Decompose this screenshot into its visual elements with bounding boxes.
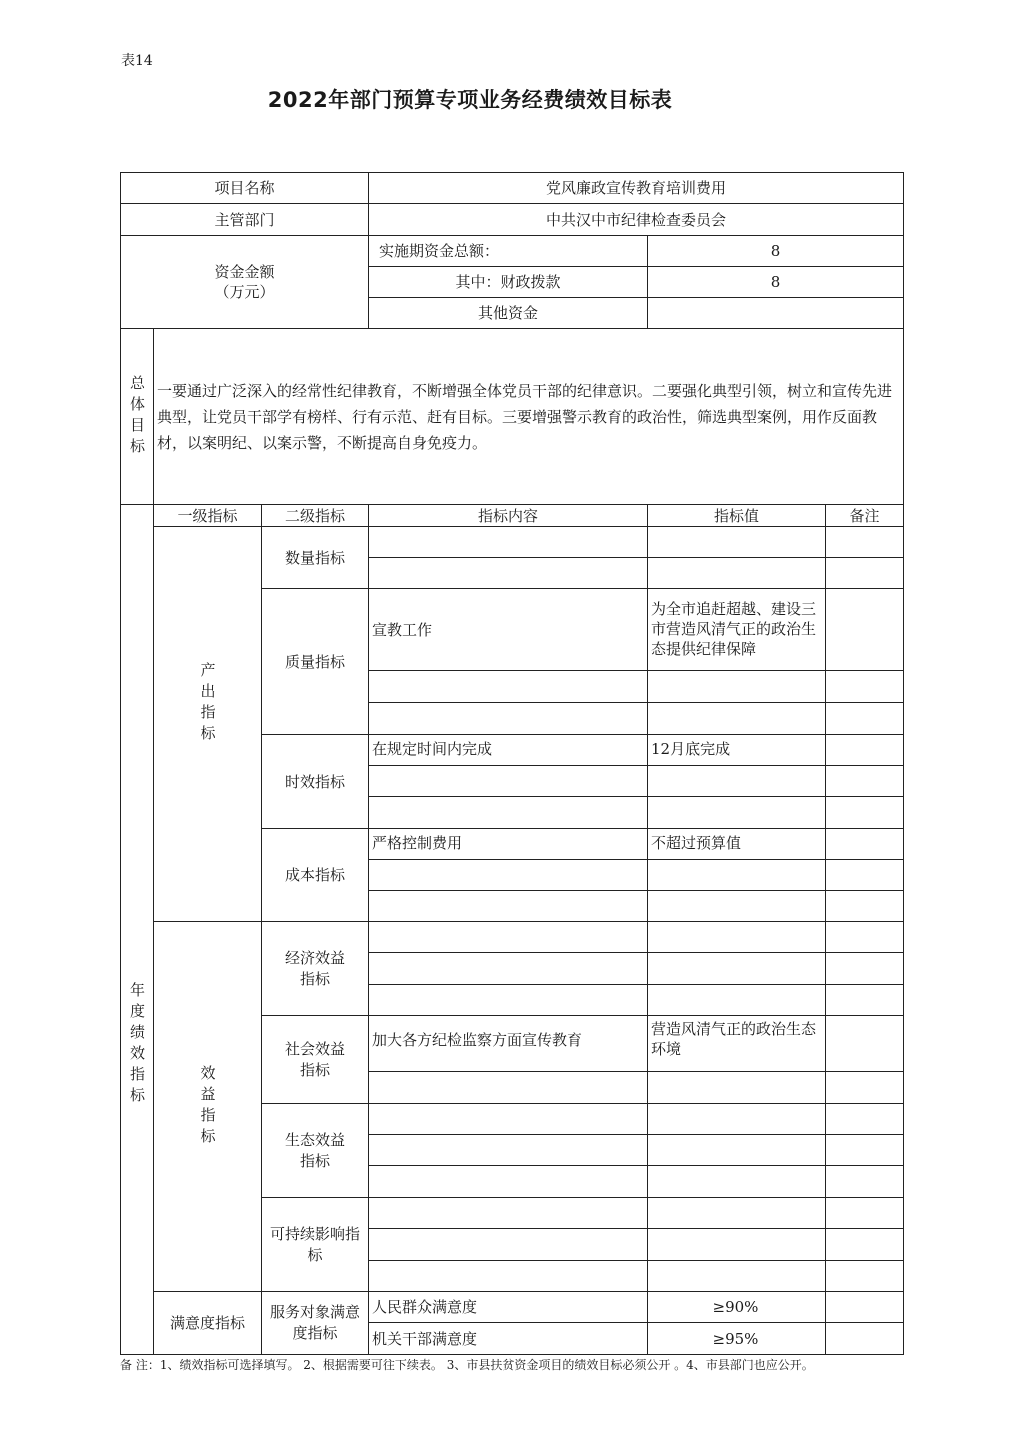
level2-sustainable: 可持续影响指标: [261, 1197, 369, 1292]
indicator-note: [825, 1134, 904, 1166]
indicator-content: [368, 526, 648, 558]
col-header-note: 备注: [825, 504, 904, 527]
total-funds-label: 实施期资金总额：: [368, 235, 648, 267]
indicator-content: 机关干部满意度: [368, 1322, 648, 1355]
indicator-note: [825, 1322, 904, 1355]
level2-quantity: 数量指标: [261, 526, 369, 589]
indicator-note: [825, 526, 904, 558]
indicator-value: 为全市追赶超越、建设三市营造风清气正的政治生态提供纪律保障: [647, 588, 826, 671]
indicator-value: 营造风清气正的政治生态环境: [647, 1015, 826, 1072]
indicator-content: [368, 921, 648, 953]
indicator-note: [825, 796, 904, 829]
indicator-value: [647, 1071, 826, 1104]
indicator-note: [825, 952, 904, 985]
level2-quality: 质量指标: [261, 588, 369, 735]
project-name-value: 党风廉政宣传教育培训费用: [368, 172, 904, 204]
indicator-value: [647, 1228, 826, 1261]
other-funds-label: 其他资金: [368, 297, 648, 329]
indicator-note: [825, 1071, 904, 1104]
indicator-value: [647, 984, 826, 1016]
funds-unit: （万元）: [214, 282, 274, 302]
overall-goal-text: 一要通过广泛深入的经常性纪律教育，不断增强全体党员干部的纪律意识。二要强化典型引…: [153, 328, 904, 505]
indicator-content: 在规定时间内完成: [368, 734, 648, 766]
level1-satisfaction: 满意度指标: [153, 1291, 262, 1355]
indicator-value: [647, 952, 826, 985]
dept-value: 中共汉中市纪律检查委员会: [368, 203, 904, 236]
level2-ecological: 生态效益指标: [261, 1103, 369, 1198]
indicator-value: [647, 557, 826, 589]
col-header-level1: 一级指标: [153, 504, 262, 527]
indicator-value: [647, 859, 826, 891]
funds-label-cell: 资金金额 （万元）: [120, 235, 369, 329]
level2-social: 社会效益指标: [261, 1015, 369, 1104]
indicator-note: [825, 557, 904, 589]
indicator-content: [368, 1071, 648, 1104]
dept-label: 主管部门: [120, 203, 369, 236]
col-header-level2: 二级指标: [261, 504, 369, 527]
indicator-value: 12月底完成: [647, 734, 826, 766]
indicator-note: [825, 734, 904, 766]
indicator-value: [647, 1134, 826, 1166]
indicator-note: [825, 588, 904, 671]
indicator-note: [825, 1197, 904, 1229]
indicator-note: [825, 1291, 904, 1323]
indicator-value: [647, 765, 826, 797]
indicator-value: [647, 1197, 826, 1229]
annual-indicators-label: 年度绩效指标: [127, 982, 147, 1108]
indicator-content: 加大各方纪检监察方面宣传教育: [368, 1015, 648, 1072]
indicator-note: [825, 828, 904, 860]
indicator-note: [825, 1228, 904, 1261]
indicator-value: ≥95%: [647, 1322, 826, 1355]
indicator-content: [368, 765, 648, 797]
indicator-content: [368, 670, 648, 703]
indicator-note: [825, 670, 904, 703]
indicator-value: ≥90%: [647, 1291, 826, 1323]
other-funds-value: [647, 297, 904, 329]
table-number: 表14: [121, 50, 153, 70]
indicator-content: [368, 984, 648, 1016]
indicator-value: 不超过预算值: [647, 828, 826, 860]
footnote: 备 注：1、绩效指标可选择填写。 2、根据需要可往下续表。 3、市县扶贫资金项目…: [120, 1357, 906, 1373]
indicator-value: [647, 796, 826, 829]
level2-economic: 经济效益指标: [261, 921, 369, 1016]
indicator-content: [368, 1260, 648, 1292]
indicator-content: [368, 702, 648, 735]
indicator-content: 人民群众满意度: [368, 1291, 648, 1323]
indicator-note: [825, 859, 904, 891]
project-name-label: 项目名称: [120, 172, 369, 204]
indicator-content: [368, 1134, 648, 1166]
indicator-value: [647, 1103, 826, 1135]
indicator-note: [825, 921, 904, 953]
indicator-value: [647, 890, 826, 922]
indicator-content: 宣教工作: [368, 588, 648, 671]
indicator-content: [368, 890, 648, 922]
level1-benefit: 效益指标: [153, 921, 262, 1292]
indicator-content: [368, 1103, 648, 1135]
indicator-note: [825, 1103, 904, 1135]
indicator-value: [647, 1165, 826, 1198]
indicator-content: [368, 859, 648, 891]
level2-service-satisfaction: 服务对象满意度指标: [261, 1291, 369, 1355]
indicator-value: [647, 1260, 826, 1292]
indicator-value: [647, 670, 826, 703]
level2-timeliness: 时效指标: [261, 734, 369, 829]
indicator-note: [825, 765, 904, 797]
total-funds-value: 8: [647, 235, 904, 267]
indicator-note: [825, 1165, 904, 1198]
fiscal-funds-value: 8: [647, 266, 904, 298]
fiscal-funds-label: 其中：财政拨款: [368, 266, 648, 298]
annual-indicators-label-cell: 年度绩效指标: [120, 504, 154, 1355]
indicator-content: [368, 796, 648, 829]
col-header-content: 指标内容: [368, 504, 648, 527]
indicator-content: [368, 952, 648, 985]
indicator-content: 严格控制费用: [368, 828, 648, 860]
overall-goal-label: 总体目标: [127, 375, 147, 459]
indicator-note: [825, 702, 904, 735]
indicator-content: [368, 1197, 648, 1229]
indicator-note: [825, 984, 904, 1016]
indicator-content: [368, 557, 648, 589]
level2-cost: 成本指标: [261, 828, 369, 922]
funds-label: 资金金额: [214, 262, 274, 282]
indicator-content: [368, 1165, 648, 1198]
indicator-value: [647, 526, 826, 558]
indicator-value: [647, 702, 826, 735]
indicator-note: [825, 1260, 904, 1292]
col-header-value: 指标值: [647, 504, 826, 527]
indicator-content: [368, 1228, 648, 1261]
page-title: 2022年部门预算专项业务经费绩效目标表: [0, 84, 940, 114]
level1-output: 产出指标: [153, 526, 262, 922]
indicator-note: [825, 890, 904, 922]
overall-goal-label-cell: 总体目标: [120, 328, 154, 505]
indicator-value: [647, 921, 826, 953]
indicator-note: [825, 1015, 904, 1072]
